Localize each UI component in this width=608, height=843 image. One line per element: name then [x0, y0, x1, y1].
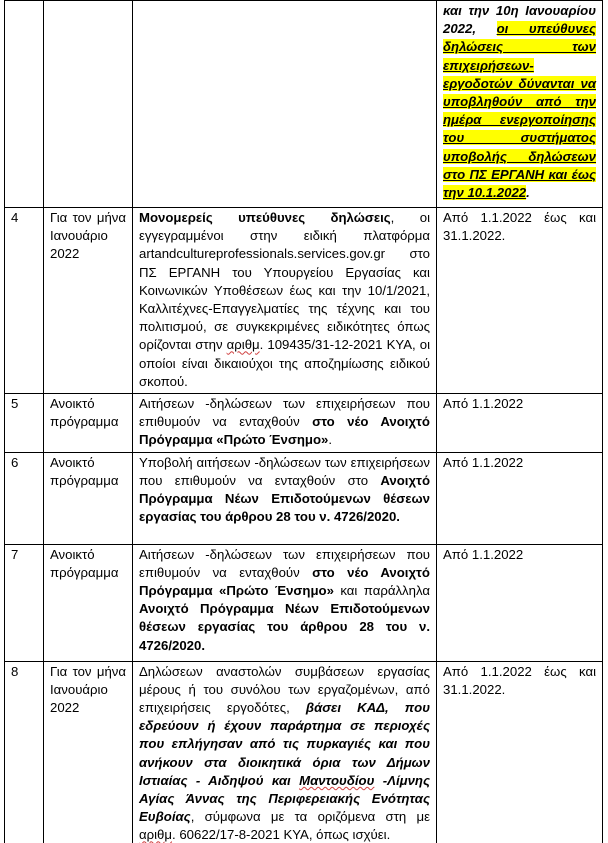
spellcheck-flagged-word: Μαντουδίου — [299, 773, 374, 788]
deadline-cell: Από 1.1.2022 — [437, 394, 603, 453]
description-text: . 60622/17-8-2021 ΚΥΑ, όπως ισχύει. — [172, 827, 390, 842]
description-bold: Μονομερείς υπεύθυνες δηλώσεις — [139, 210, 391, 225]
spellcheck-flagged-word: αριθμ — [139, 827, 172, 842]
table-row: 5 Ανοικτό πρόγραμμα Αιτήσεων -δηλώσεων τ… — [5, 394, 603, 453]
row-number-cell: 8 — [5, 661, 44, 843]
period-cell — [44, 1, 133, 208]
description-text: και παράλληλα — [334, 583, 430, 598]
row-number-cell: 7 — [5, 544, 44, 661]
period-cell: Για τον μήνα Ιανουάριο 2022 — [44, 208, 133, 394]
description-cell — [133, 1, 437, 208]
description-cell: Δηλώσεων αναστολών συμβάσεων εργασίας μέ… — [133, 661, 437, 843]
deadline-comma: , — [472, 21, 476, 36]
deadline-tail: . — [526, 185, 530, 200]
spellcheck-flagged-word: αριθμ — [227, 337, 260, 352]
highlighted-deadline-text: οι υπεύθυνες δηλώσεις των επιχειρήσεων-ε… — [443, 21, 596, 200]
deadline-cell: Από 1.1.2022 — [437, 544, 603, 661]
row-number-cell: 4 — [5, 208, 44, 394]
period-cell: Για τον μήνα Ιανουάριο 2022 — [44, 661, 133, 843]
description-cell: Υποβολή αιτήσεων -δηλώσεων των επιχειρήσ… — [133, 452, 437, 544]
description-cell: Αιτήσεων -δηλώσεων των επιχειρήσεων που … — [133, 394, 437, 453]
row-number-cell: 5 — [5, 394, 44, 453]
table-row: 8 Για τον μήνα Ιανουάριο 2022 Δηλώσεων α… — [5, 661, 603, 843]
description-cell: Μονομερείς υπεύθυνες δηλώσεις, οι εγγεγρ… — [133, 208, 437, 394]
description-bold: Ανοιχτό Πρόγραμμα Νέων Επιδοτούμενων θέσ… — [139, 601, 430, 652]
table-row: 6 Ανοικτό πρόγραμμα Υποβολή αιτήσεων -δη… — [5, 452, 603, 544]
row-number-cell — [5, 1, 44, 208]
table-row: και την 10η Ιανουαρίου 2022, οι υπεύθυνε… — [5, 1, 603, 208]
period-cell: Ανοικτό πρόγραμμα — [44, 452, 133, 544]
table-row: 4 Για τον μήνα Ιανουάριο 2022 Μονομερείς… — [5, 208, 603, 394]
deadline-cell: Από 1.1.2022 έως και 31.1.2022. — [437, 208, 603, 394]
description-text: . — [328, 432, 332, 447]
description-text: , οι εγγεγραμμένοι στην ειδική πλατφόρμα… — [139, 210, 430, 352]
period-cell: Ανοικτό πρόγραμμα — [44, 544, 133, 661]
deadline-cell: και την 10η Ιανουαρίου 2022, οι υπεύθυνε… — [437, 1, 603, 208]
description-text: , σύμφωνα με τα οριζόμενα στη με — [191, 809, 430, 824]
table-row: 7 Ανοικτό πρόγραμμα Αιτήσεων -δηλώσεων τ… — [5, 544, 603, 661]
deadlines-table: και την 10η Ιανουαρίου 2022, οι υπεύθυνε… — [4, 0, 603, 843]
deadline-cell: Από 1.1.2022 — [437, 452, 603, 544]
description-cell: Αιτήσεων -δηλώσεων των επιχειρήσεων που … — [133, 544, 437, 661]
row-number-cell: 6 — [5, 452, 44, 544]
deadline-cell: Από 1.1.2022 έως και 31.1.2022. — [437, 661, 603, 843]
period-cell: Ανοικτό πρόγραμμα — [44, 394, 133, 453]
